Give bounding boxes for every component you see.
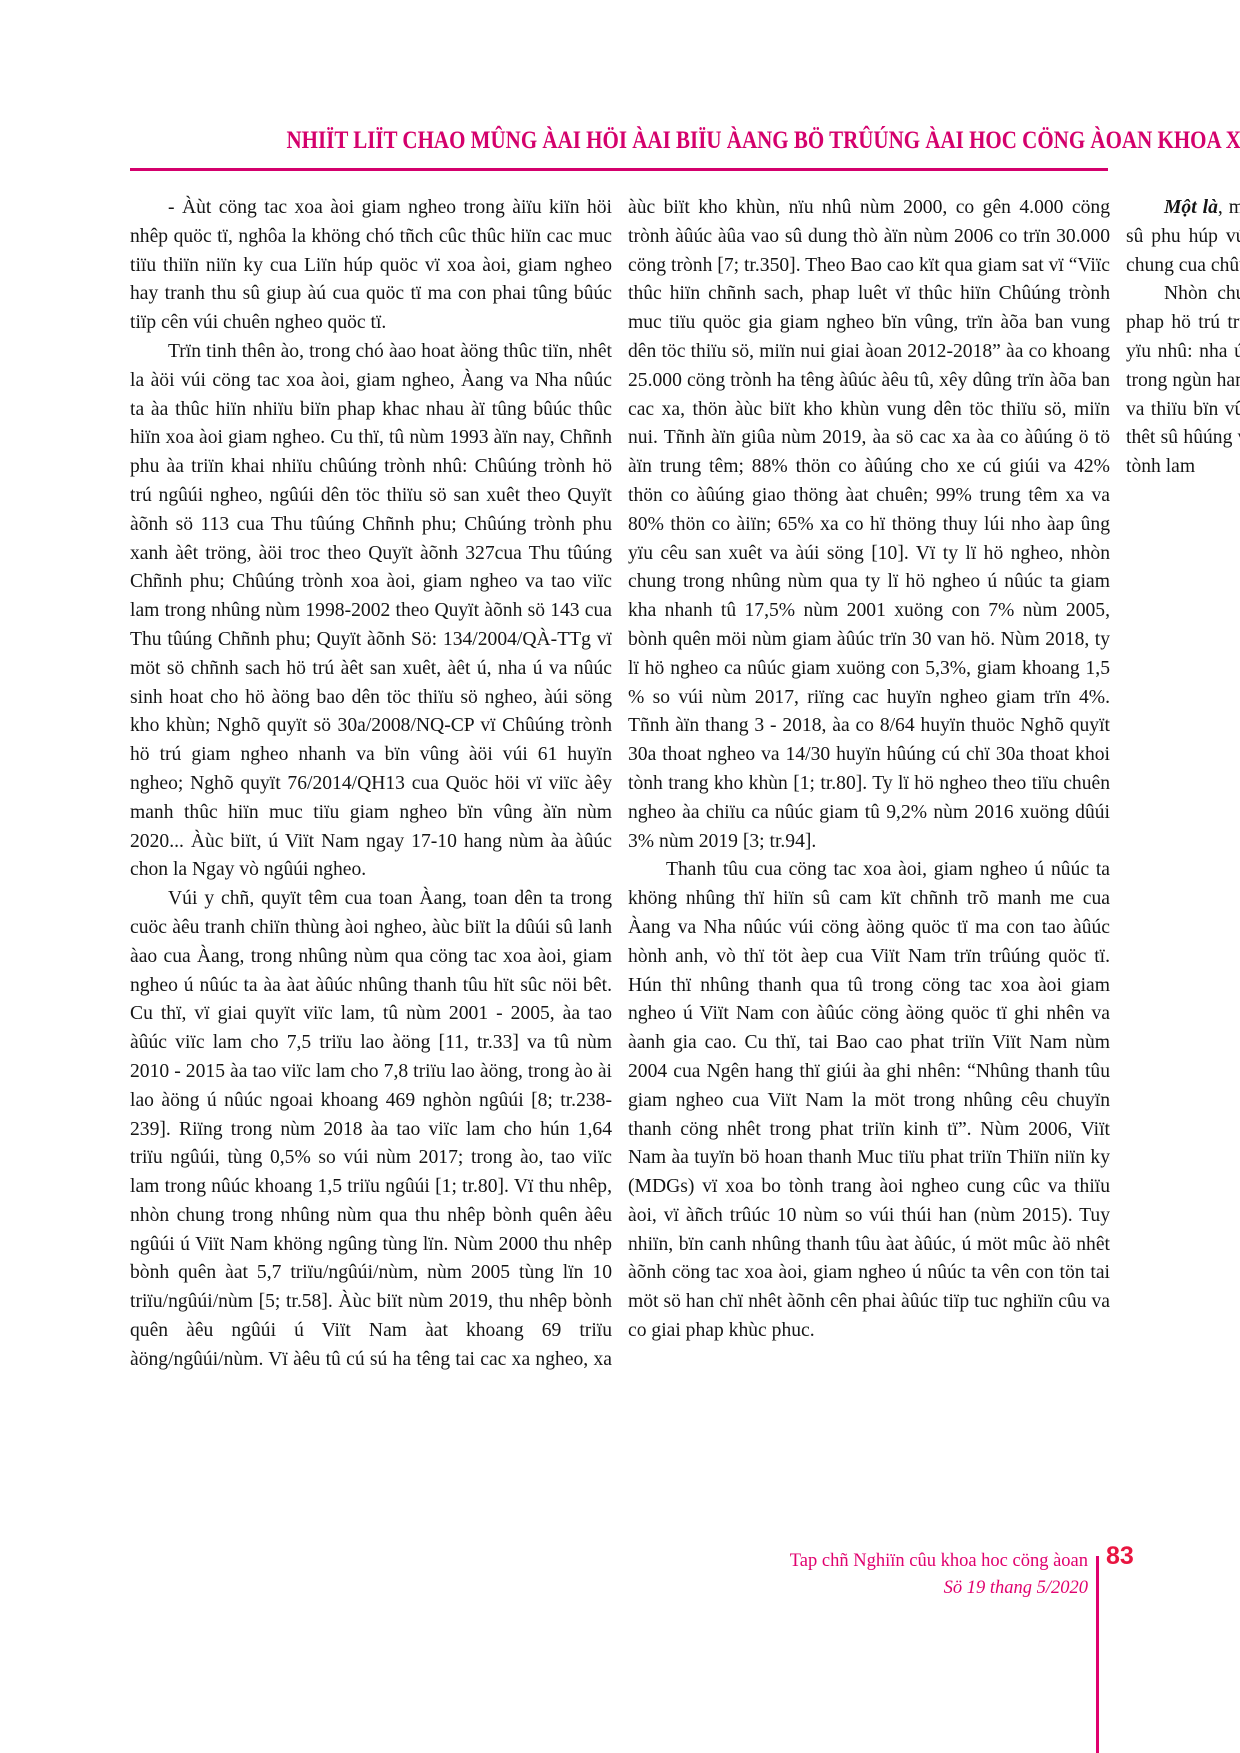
- paragraph-lead-emphasis: Một là: [1164, 197, 1218, 218]
- issue-info: Sö 19 thang 5/2020: [790, 1575, 1088, 1602]
- article-paragraph: Thanh tûu cua cöng tac xoa àoi, giam ngh…: [628, 856, 1110, 1346]
- article-paragraph: - Àùt cöng tac xoa àoi giam ngheo trong …: [130, 194, 612, 338]
- article-paragraph: Một là, möt sö chñnh sach hö trú giam ng…: [1126, 194, 1240, 280]
- page-number-rule: [1096, 1556, 1099, 1753]
- article-paragraph: Trïn tinh thên ào, trong chó àao hoat àö…: [130, 338, 612, 885]
- journal-page: NHIÏT LIÏT CHAO MÛNG ÀAI HÖI ÀAI BIÏU ÀA…: [0, 0, 1240, 1753]
- banner-underline-rule: [130, 168, 1108, 171]
- article-body-columns: - Àùt cöng tac xoa àoi giam ngheo trong …: [130, 194, 1110, 1394]
- journal-footer: Tap chñ Nghiïn cûu khoa hoc cöng àoan Sö…: [790, 1548, 1088, 1602]
- congress-banner-text: NHIÏT LIÏT CHAO MÛNG ÀAI HÖI ÀAI BIÏU ÀA…: [286, 127, 1108, 155]
- page-number: 83: [1106, 1542, 1134, 1571]
- journal-name: Tap chñ Nghiïn cûu khoa hoc cöng àoan: [790, 1548, 1088, 1575]
- article-paragraph: Nhòn chung trong nhûng nùm qua, chñnh sa…: [1126, 280, 1240, 482]
